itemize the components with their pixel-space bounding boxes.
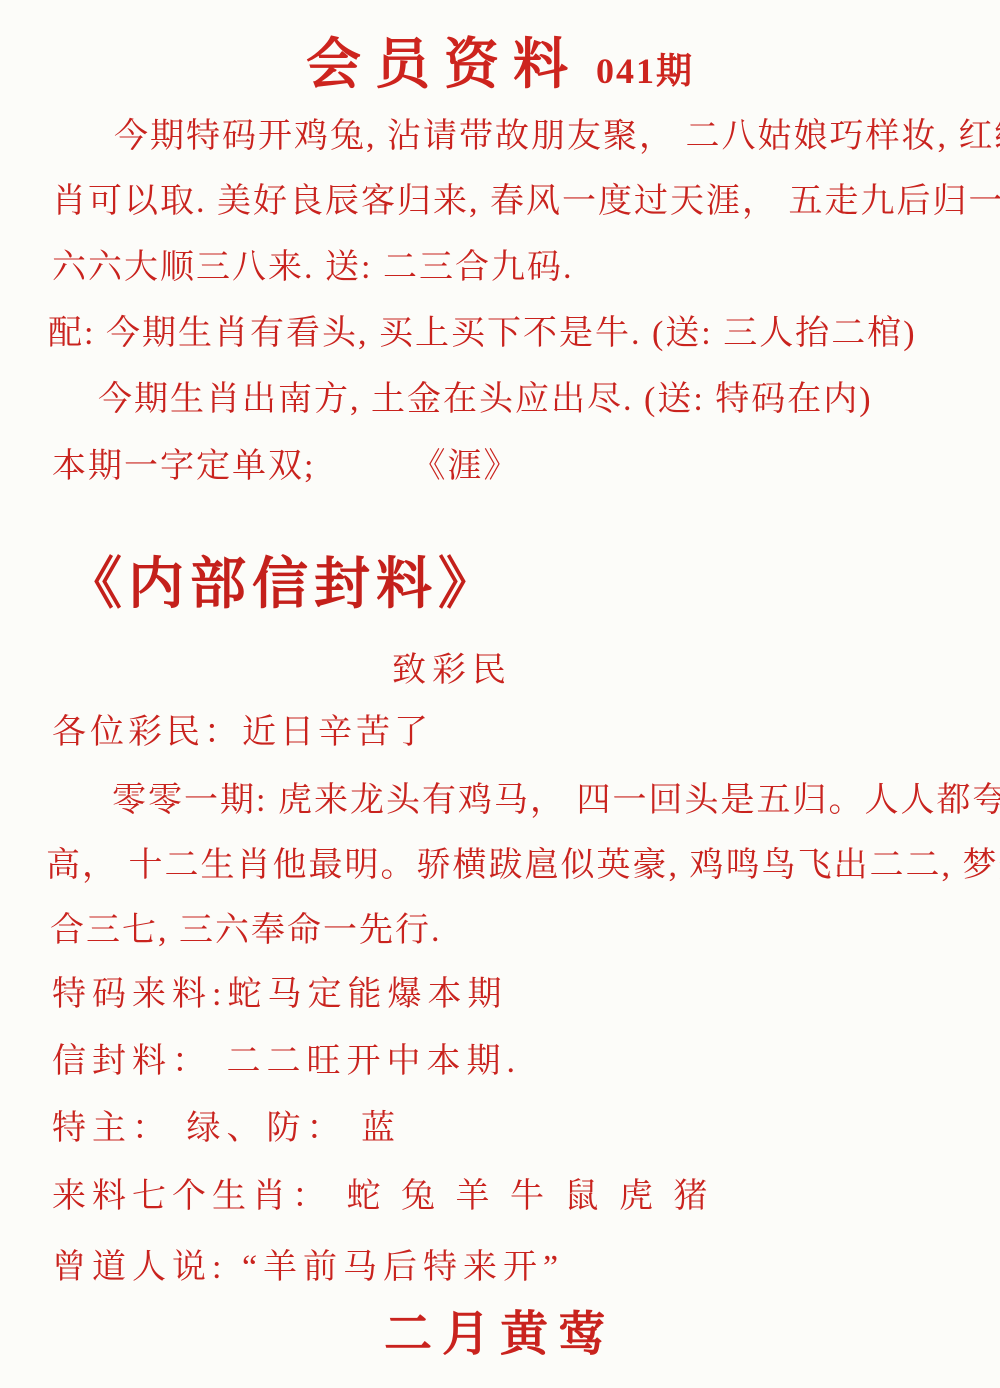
tip-paragraph-line-1: 今期特码开鸡兔, 沾请带故朋友聚， 二八姑娘巧样妆, 红绿生 [114,108,1000,157]
salutation: 致彩民 [392,642,512,691]
pei-tip-line: 配: 今期生肖有看头, 买上买下不是牛. (送: 三人抬二棺) [48,305,917,354]
envelope-body-line-1: 零零一期: 虎来龙头有鸡马， 四一回头是五归。人人都夸国望 [112,772,1000,821]
zodiac-tip: 来料七个生肖： 蛇 兔 羊 牛 鼠 虎 猪 [52,1168,714,1217]
tip-paragraph-line-2: 肖可以取. 美好良辰客归来, 春风一度过天涯， 五走九后归一出, [52,173,1000,222]
member-info-document: 会员资料041期 今期特码开鸡兔, 沾请带故朋友聚， 二八姑娘巧样妆, 红绿生 … [0,0,1000,1388]
envelope-body-line-3: 合三七, 三六奉命一先行. [50,902,442,951]
south-tip-line: 今期生肖出南方, 土金在头应出尽. (送: 特码在内) [98,371,873,420]
danshuang-answer: 《涯》 [411,448,519,485]
envelope-tip: 信封料： 二二旺开中本期. [52,1033,521,1082]
greeting-line: 各位彩民：近日辛苦了 [52,704,432,753]
envelope-body-line-2: 高， 十二生肖他最明。骄横跋扈似英豪, 鸡鸣鸟飞出二二, 梦开一六 [46,837,1000,886]
document-header: 会员资料041期 [0,20,1000,99]
color-tip: 特主： 绿、防： 蓝 [52,1100,401,1149]
danshuang-line: 本期一字定单双;《涯》 [52,438,519,487]
special-code-tip: 特码来料:蛇马定能爆本期 [52,966,507,1015]
page-title: 会员资料 [306,34,582,95]
signature: 二月黄莺 [0,1295,1000,1364]
zeng-quote: 曾道人说: “羊前马后特来开” [52,1239,564,1288]
envelope-section-heading: 《内部信封料》 [66,540,500,620]
danshuang-label: 本期一字定单双; [52,448,315,485]
tip-paragraph-line-3: 六六大顺三八来. 送: 二三合九码. [52,239,573,288]
issue-number: 041期 [596,51,694,91]
